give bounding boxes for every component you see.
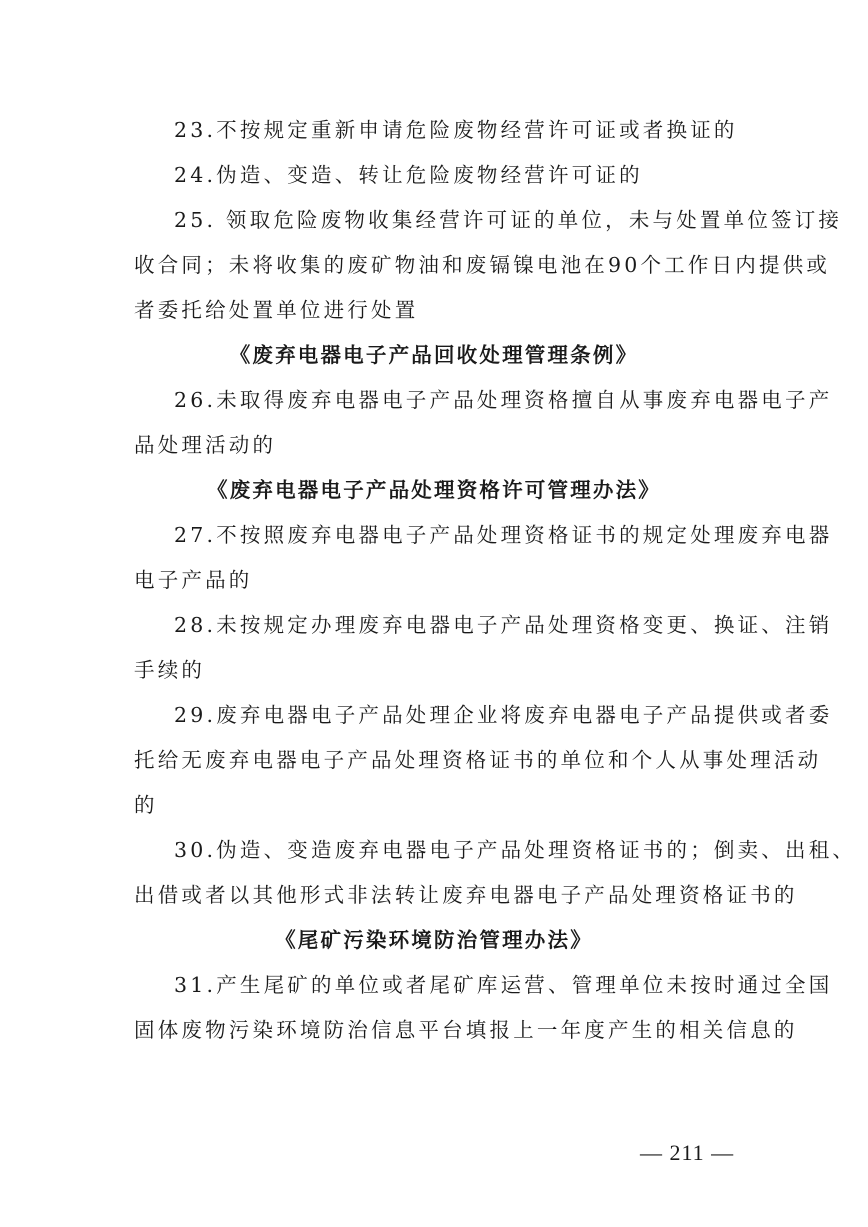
item-30-line-1: 30.伪造、变造废弃电器电子产品处理资格证书的；倒卖、出租、 [174,836,784,864]
item-29-line-1: 29.废弃电器电子产品处理企业将废弃电器电子产品提供或者委 [174,701,784,729]
item-29-line-2: 托给无废弃电器电子产品处理资格证书的单位和个人从事处理活动 [134,746,744,774]
item-26-line-2: 品处理活动的 [134,431,744,459]
document-page: 23.不按规定重新申请危险废物经营许可证或者换证的 24.伪造、变造、转让危险废… [0,0,868,1227]
item-27-line-1: 27.不按照废弃电器电子产品处理资格证书的规定处理废弃电器 [174,521,784,549]
item-24-line-1: 24.伪造、变造、转让危险废物经营许可证的 [174,161,784,189]
item-23-line-1: 23.不按规定重新申请危险废物经营许可证或者换证的 [174,116,784,144]
item-28-line-1: 28.未按规定办理废弃电器电子产品处理资格变更、换证、注销 [174,611,784,639]
item-31-line-1: 31.产生尾矿的单位或者尾矿库运营、管理单位未按时通过全国 [174,971,784,999]
item-27-line-2: 电子产品的 [134,566,744,594]
item-25-line-3: 者委托给处置单位进行处置 [134,296,744,324]
item-28-line-2: 手续的 [134,656,744,684]
item-29-line-3: 的 [134,791,744,819]
page-number: — 211 — [640,1140,734,1166]
section-heading-weee-license-measures: 《废弃电器电子产品处理资格许可管理办法》 [0,476,868,504]
item-26-line-1: 26.未取得废弃电器电子产品处理资格擅自从事废弃电器电子产 [174,386,784,414]
section-heading-weee-regulation: 《废弃电器电子产品回收处理管理条例》 [0,341,868,369]
item-25-line-1: 25. 领取危险废物收集经营许可证的单位，未与处置单位签订接 [174,206,784,234]
item-31-line-2: 固体废物污染环境防治信息平台填报上一年度产生的相关信息的 [134,1016,744,1044]
section-heading-tailings-measures: 《尾矿污染环境防治管理办法》 [0,926,868,954]
item-30-line-2: 出借或者以其他形式非法转让废弃电器电子产品处理资格证书的 [134,881,744,909]
item-25-line-2: 收合同；未将收集的废矿物油和废镉镍电池在90个工作日内提供或 [134,251,744,279]
